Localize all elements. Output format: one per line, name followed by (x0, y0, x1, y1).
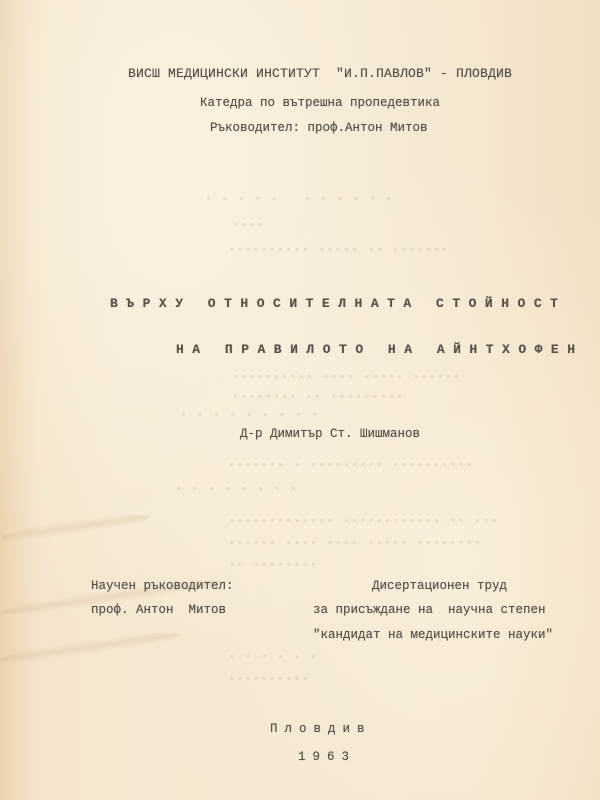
supervisor-name: проф. Антон Митов (91, 603, 226, 617)
bleed-through-texture: ▪▪▪▪▪▪▪▪▪▪ (228, 672, 310, 686)
bleed-through-texture: ▪ ▪ ▪ ▪ ▪ ▪ (228, 650, 318, 664)
supervisor-label: Научен ръководител: (91, 579, 234, 593)
bleed-through-texture: ▪ ▪ ▪ ▪ ▪ ▪ ▪ ▪ ▪ (180, 408, 319, 422)
dissertation-purpose: за присъждане на научна степен (313, 603, 546, 617)
department-name: Катедра по вътрешна пропедевтика (200, 96, 440, 110)
bleed-through-texture: ▪▪▪▪▪▪ ▪▪▪▪ ▪▪▪▪ ▪▪▪▪▪ ▪▪▪▪▪▪▪▪ (228, 536, 482, 550)
bleed-through-texture: ▪ ▪ ▪ ▪ ▪ ▪ ▪ ▪ (175, 482, 298, 496)
department-head: Ръководител: проф.Антон Митов (210, 121, 428, 135)
scanned-page: ▪ ▪ ▪ ▪ ▪ ▪ ▪ ▪ ▪ ▪ ▪ ▪▪▪▪ ▪▪▪▪▪▪▪▪▪▪ ▪▪… (0, 0, 600, 800)
paper-crease (0, 510, 150, 545)
city: Пловдив (270, 722, 372, 736)
bleed-through-texture: ▪▪▪▪ (232, 218, 265, 232)
bleed-through-texture: ▪▪ ▪▪▪▪▪▪▪▪ (228, 558, 318, 572)
bleed-through-texture: ▪▪▪▪▪▪▪ ▪ ▪▪▪▪▪▪▪▪▪ ▪▪▪▪▪▪▪▪▪▪ (228, 458, 474, 472)
dissertation-type: Дисертационен труд (372, 579, 507, 593)
bleed-through-texture: ▪▪▪▪▪▪▪▪▪▪▪▪▪ ▪▪▪▪▪▪▪▪▪▪▪▪ ▪▪ ▪▪▪ (228, 514, 499, 528)
bleed-through-texture: ▪▪▪▪▪▪▪▪ ▪▪ ▪▪▪▪▪▪▪▪▪ (232, 390, 404, 404)
bleed-through-texture: ▪▪▪▪▪▪▪▪▪▪ ▪▪▪▪ ▪▪▪▪▪ ▪▪▪▪▪▪ (232, 370, 462, 384)
paper-crease (0, 628, 180, 667)
institution-name: ВИСШ МЕДИЦИНСКИ ИНСТИТУТ "И.П.ПАВЛОВ" - … (128, 66, 512, 81)
bleed-through-texture: ▪▪▪▪▪▪▪▪▪▪ ▪▪▪▪▪ ▪▪ ▪▪▪▪▪▪▪ (228, 243, 449, 257)
author-name: Д-р Димитър Ст. Шишманов (240, 427, 420, 441)
dissertation-degree: "кандидат на медицинските науки" (313, 628, 553, 642)
thesis-title-line-1: ВЪРХУ ОТНОСИТЕЛНАТА СТОЙНОСТ (110, 296, 566, 311)
bleed-through-texture: ▪ ▪ ▪ ▪ ▪ ▪ ▪ ▪ ▪ ▪ ▪ (205, 192, 394, 206)
year: 1963 (298, 750, 356, 764)
thesis-title-line-2: НА ПРАВИЛОТО НА АЙНТХОФЕН (176, 342, 584, 357)
